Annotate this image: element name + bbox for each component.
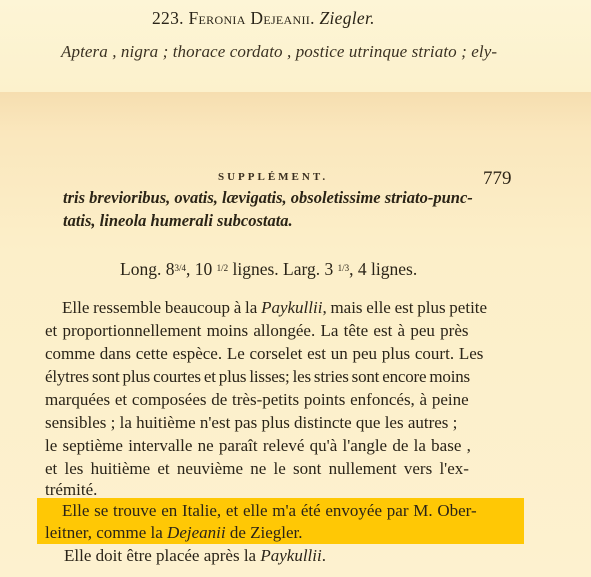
genus-name: Feronia: [189, 8, 246, 28]
paragraph-placement: Elle doit être placée après la Paykullii…: [64, 546, 326, 566]
text-line: Elle ressemble beaucoup à la Paykullii, …: [62, 298, 487, 318]
text-line: trémité.: [45, 480, 97, 500]
text-line: marquées et composées de très-petits poi…: [45, 390, 469, 410]
text-line: Elle se trouve en Italie, et elle m'a ét…: [62, 501, 477, 521]
page-number: 779: [483, 168, 512, 190]
species-number: 223.: [152, 8, 184, 28]
latin-diagnosis-line: tatis, lineola humerali subcostata.: [63, 211, 293, 231]
text-line: et les huitième et neuvième ne le sont n…: [45, 459, 469, 479]
measurements: Long. 83/4, 10 1/2 lignes. Larg. 3 1/3, …: [120, 259, 417, 280]
text-line: et proportionnellement moins allongée. L…: [45, 321, 468, 341]
species-author: Ziegler.: [319, 8, 374, 28]
previous-page-fragment: 223. Feronia Dejeanii. Ziegler. Aptera ,…: [0, 0, 591, 92]
latin-diagnosis-start: Aptera , nigra ; thorace cordato , posti…: [61, 42, 497, 62]
latin-diagnosis-line: tris brevioribus, ovatis, lævigatis, obs…: [63, 188, 473, 208]
running-head: SUPPLÉMENT.: [218, 171, 328, 183]
species-heading: 223. Feronia Dejeanii. Ziegler.: [152, 8, 375, 29]
text-line: le septième intervalle ne paraît relevé …: [45, 436, 471, 456]
text-line: sensibles ; la huitième n'est pas plus d…: [45, 413, 457, 433]
text-line: élytres sont plus courtes et plus lisses…: [45, 367, 470, 387]
species-name: Dejeanii.: [250, 8, 314, 28]
text-line: comme dans cette espèce. Le corselet est…: [45, 344, 483, 364]
text-line: leitner, comme la Dejeanii de Ziegler.: [45, 523, 303, 543]
